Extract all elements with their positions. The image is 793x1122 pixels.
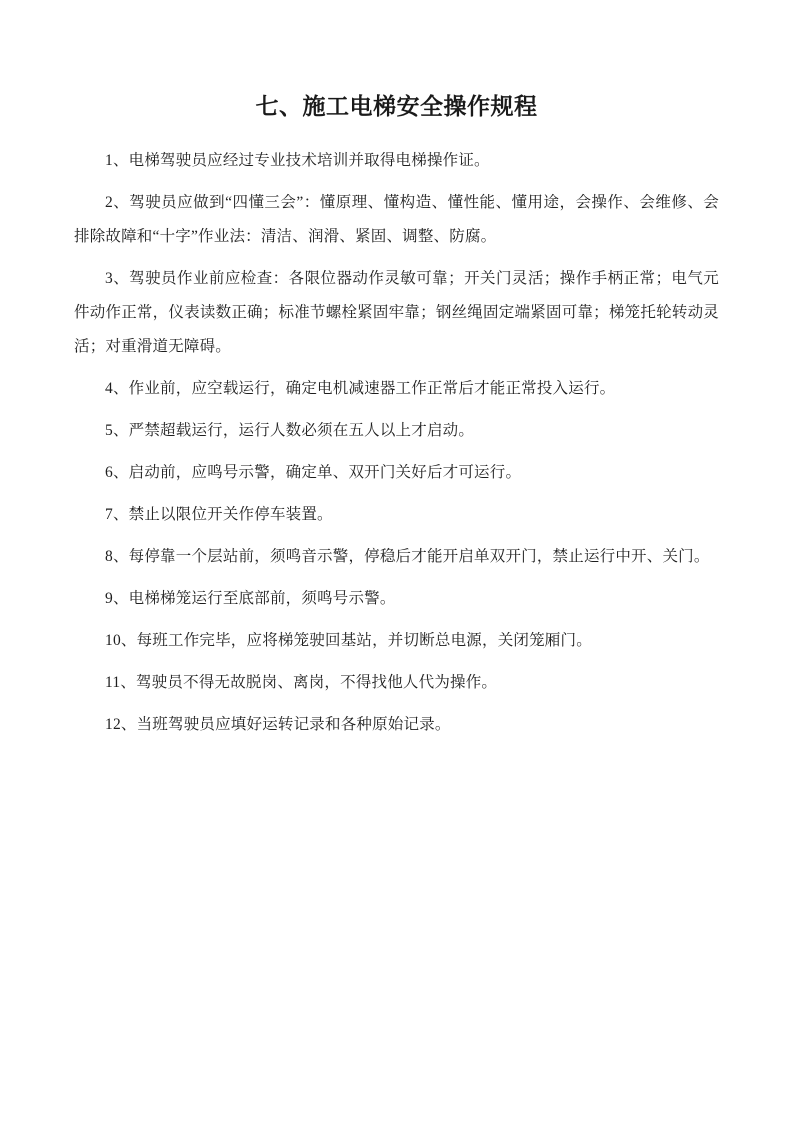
- rule-item-9: 9、电梯梯笼运行至底部前，须鸣号示警。: [74, 582, 719, 616]
- rule-item-1: 1、电梯驾驶员应经过专业技术培训并取得电梯操作证。: [74, 144, 719, 178]
- document-title: 七、施工电梯安全操作规程: [74, 91, 719, 121]
- rule-item-3: 3、驾驶员作业前应检查：各限位器动作灵敏可靠；开关门灵活；操作手柄正常；电气元件…: [74, 262, 719, 364]
- rule-item-2: 2、驾驶员应做到“四懂三会”：懂原理、懂构造、懂性能、懂用途，会操作、会维修、会…: [74, 186, 719, 254]
- rule-item-4: 4、作业前，应空载运行，确定电机减速器工作正常后才能正常投入运行。: [74, 372, 719, 406]
- rule-item-5: 5、严禁超载运行，运行人数必须在五人以上才启动。: [74, 414, 719, 448]
- rule-item-10: 10、每班工作完毕，应将梯笼驶回基站，并切断总电源，关闭笼厢门。: [74, 624, 719, 658]
- rule-item-11: 11、驾驶员不得无故脱岗、离岗，不得找他人代为操作。: [74, 666, 719, 700]
- rule-item-7: 7、禁止以限位开关作停车装置。: [74, 498, 719, 532]
- rules-list: 1、电梯驾驶员应经过专业技术培训并取得电梯操作证。 2、驾驶员应做到“四懂三会”…: [74, 144, 719, 742]
- rule-item-12: 12、当班驾驶员应填好运转记录和各种原始记录。: [74, 708, 719, 742]
- rule-item-6: 6、启动前，应鸣号示警，确定单、双开门关好后才可运行。: [74, 456, 719, 490]
- document-page: 七、施工电梯安全操作规程 1、电梯驾驶员应经过专业技术培训并取得电梯操作证。 2…: [0, 0, 793, 1122]
- rule-item-8: 8、每停靠一个层站前，须鸣音示警，停稳后才能开启单双开门，禁止运行中开、关门。: [74, 540, 719, 574]
